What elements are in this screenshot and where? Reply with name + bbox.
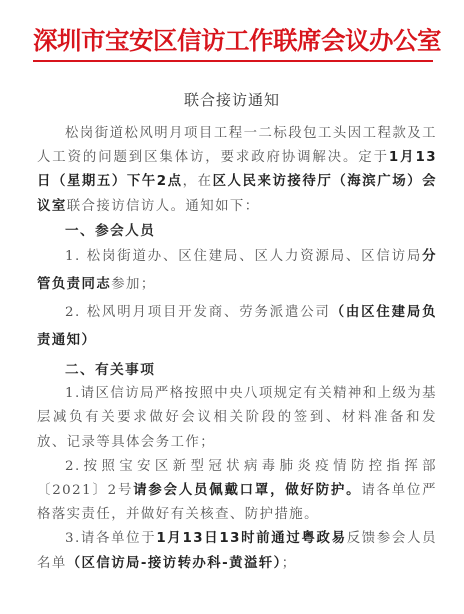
section-2-item-3-deadline: 1月13日13时前通过粤政易: [156, 531, 346, 546]
letterhead: 深圳市宝安区信访工作联席会议办公室: [33, 27, 433, 55]
section-1-item-2-text: 2. 松风明月项目开发商、劳务派遣公司: [65, 305, 331, 320]
section-1-item-2: 2. 松风明月项目开发商、劳务派遣公司（由区住建局负责通知）: [37, 299, 437, 355]
intro-paragraph: 松岗街道松风明月项目工程一二标段包工头因工程款及工人工资的问题到区集体访，要求政…: [37, 122, 437, 219]
intro-text-1: 松岗街道松风明月项目工程一二标段包工头因工程款及工人工资的问题到区集体访，要求政…: [37, 126, 437, 165]
letterhead-org-name: 深圳市宝安区信访工作联席会议办公室: [33, 27, 433, 55]
section-2-heading: 二、有关事项: [37, 358, 437, 382]
section-2-item-3: 3.请各单位于1月13日13时前通过粤政易反馈参会人员名单（区信访局-接访转办科…: [37, 527, 437, 575]
section-2-item-3-suffix: ；: [282, 556, 297, 571]
section-1-heading: 一、参会人员: [37, 219, 437, 243]
section-2-item-3-contact: （区信访局-接访转办科-黄溢轩）: [67, 556, 282, 571]
section-2-item-1: 1.请区信访局严格按照中央八项规定有关精神和上级为基层减负有关要求做好会议相关阶…: [37, 382, 437, 455]
intro-text-3: 联合接访信访人。通知如下：: [67, 199, 260, 214]
document-title: 联合接访通知: [0, 90, 464, 110]
section-1-item-1-suffix: 参加；: [111, 277, 156, 292]
section-2-item-3-text: 3.请各单位于: [65, 531, 156, 546]
section-1-item-1-text: 1. 松岗街道办、区住建局、区人力资源局、区信访局: [65, 249, 422, 264]
intro-text-2: ，在: [183, 174, 213, 189]
document-body: 松岗街道松风明月项目工程一二标段包工头因工程款及工人工资的问题到区集体访，要求政…: [37, 122, 437, 576]
letterhead-red-rule: [33, 60, 433, 62]
section-1-item-1: 1. 松岗街道办、区住建局、区人力资源局、区信访局分管负责同志参加；: [37, 243, 437, 299]
section-2-item-2: 2.按照宝安区新型冠状病毒肺炎疫情防控指挥部〔2021〕2号请参会人员佩戴口罩，…: [37, 455, 437, 528]
section-2-item-2-bold: 请参会人员佩戴口罩，做好防护。: [133, 483, 361, 498]
